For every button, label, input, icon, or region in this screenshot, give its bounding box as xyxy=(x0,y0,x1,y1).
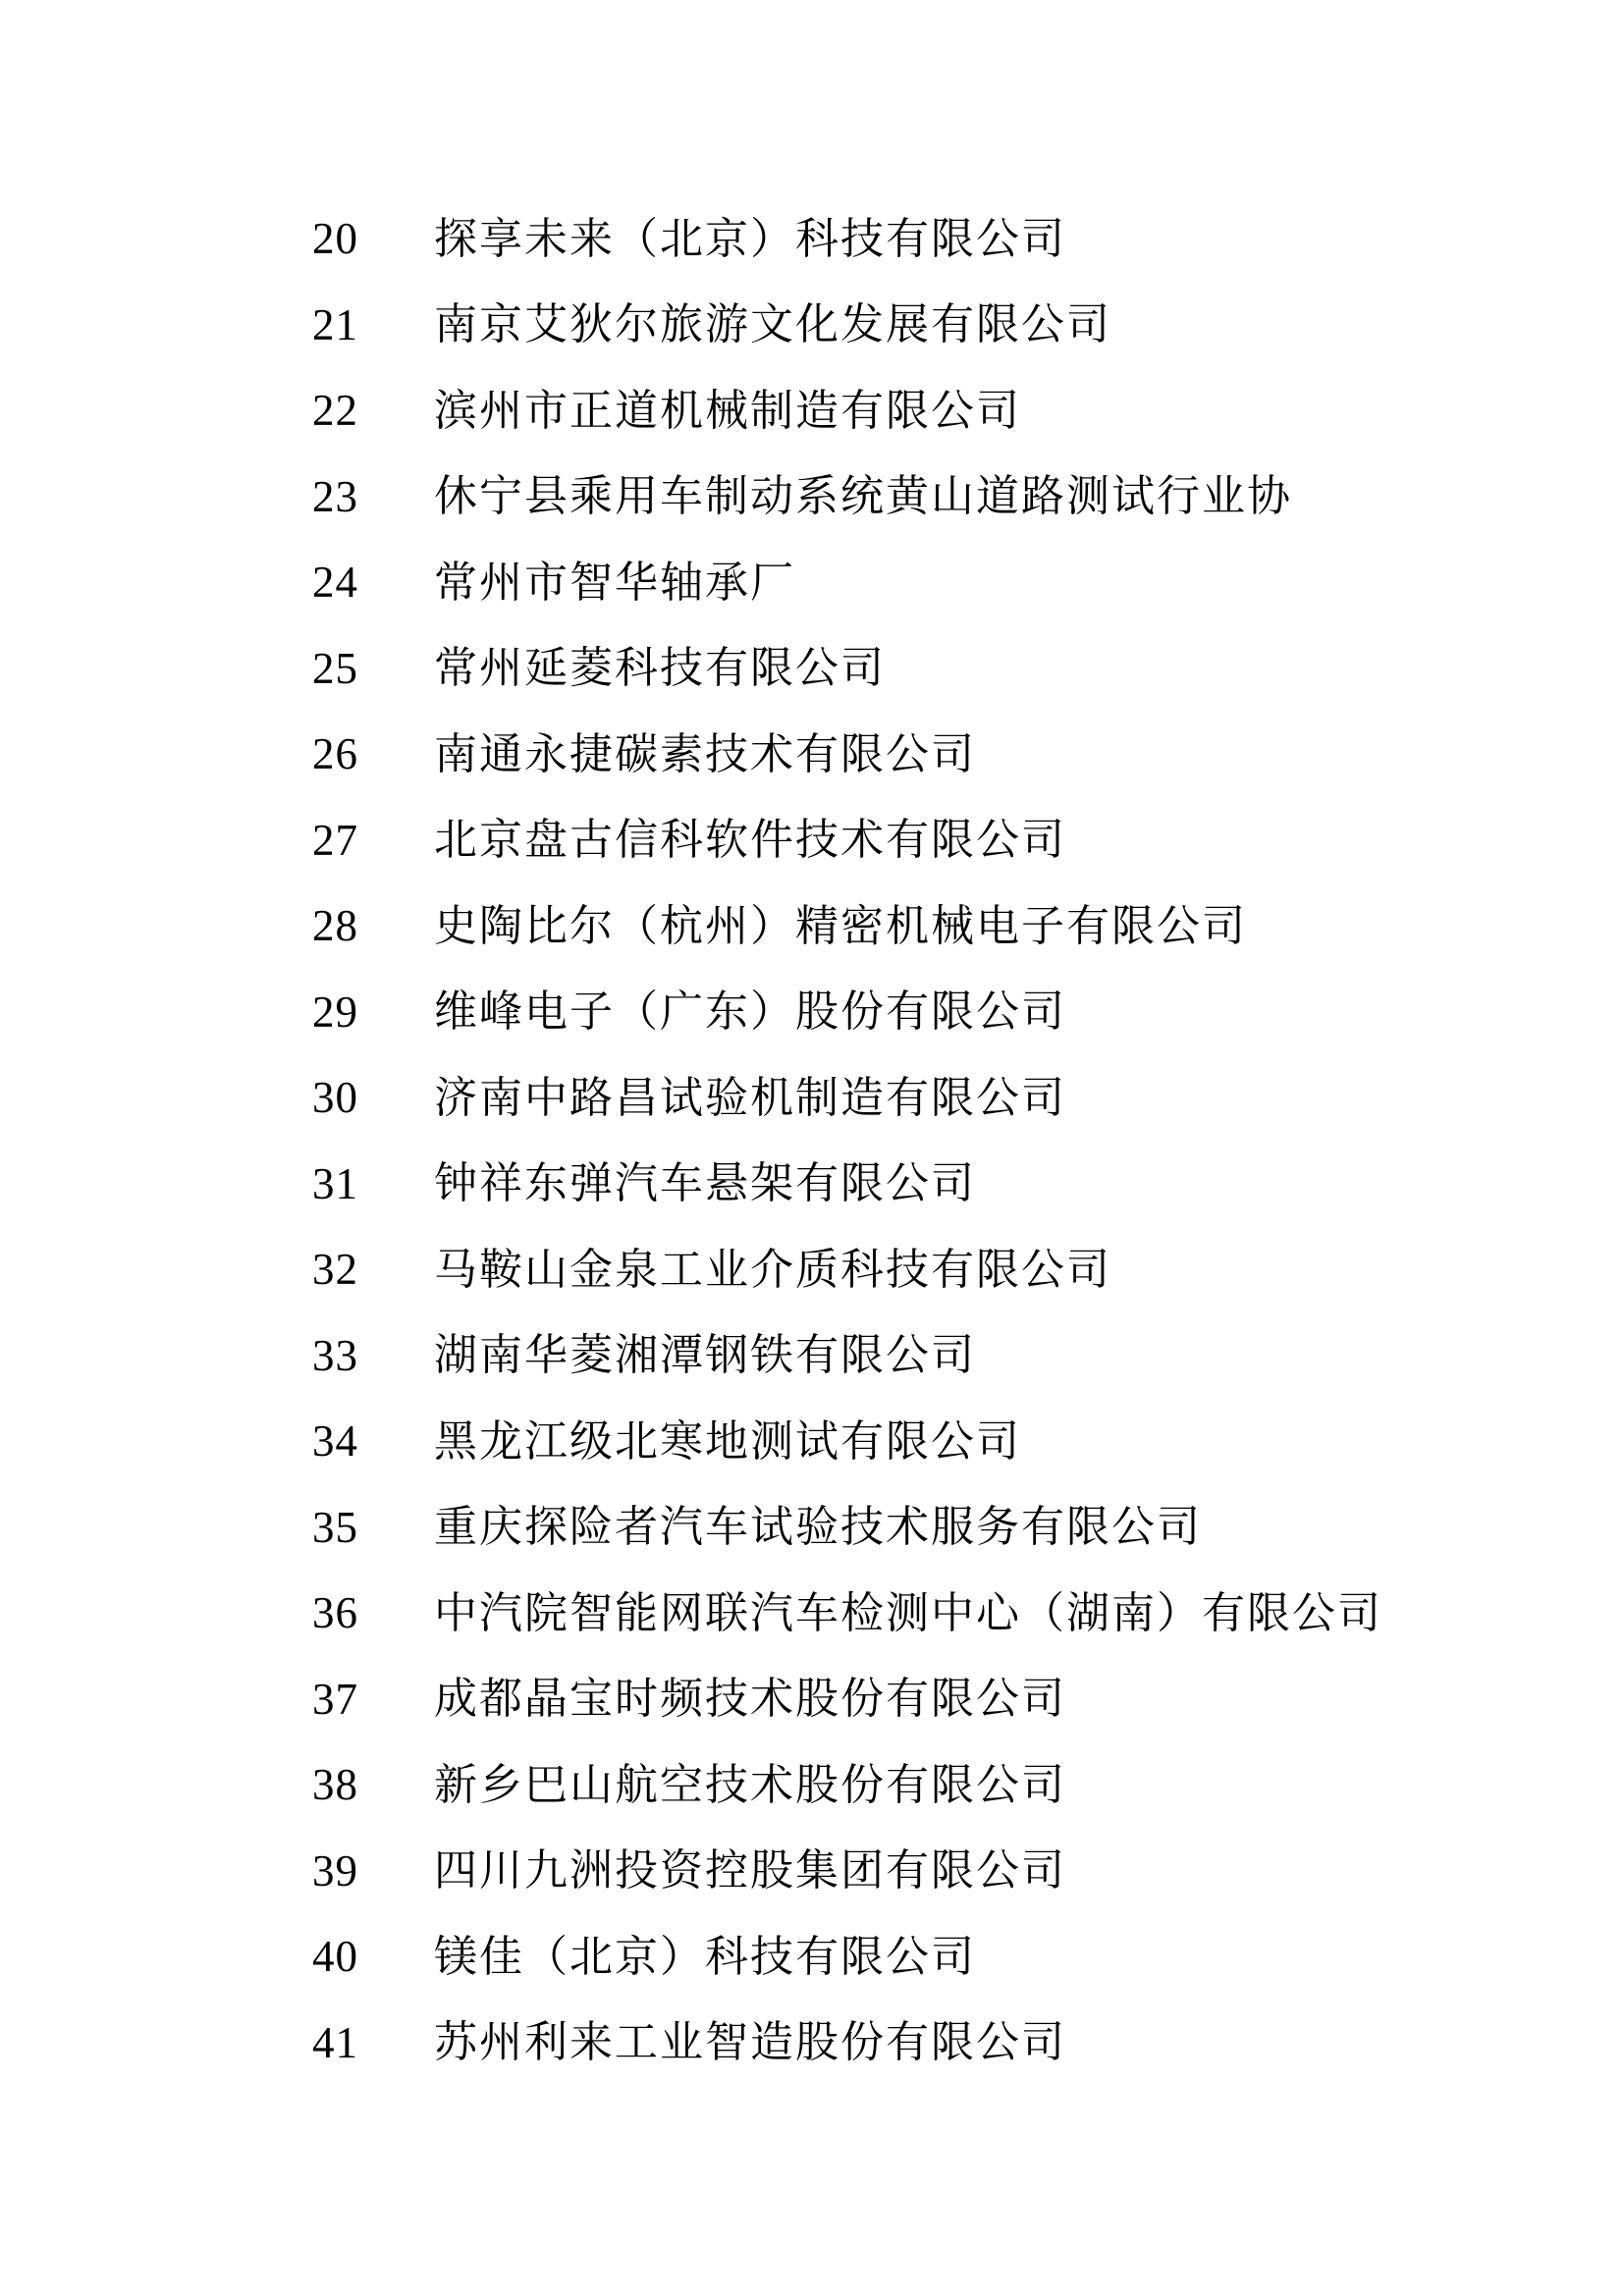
row-number: 24 xyxy=(312,561,434,605)
company-name: 新乡巴山航空技术股份有限公司 xyxy=(434,1764,1066,1807)
row-number: 27 xyxy=(312,819,434,863)
company-name: 滨州市正道机械制造有限公司 xyxy=(434,390,1021,433)
list-row: 23 休宁县乘用车制动系统黄山道路测试行业协 xyxy=(0,454,1624,541)
company-name: 探享未来（北京）科技有限公司 xyxy=(434,218,1066,261)
company-name: 常州市智华轴承厂 xyxy=(434,561,795,605)
row-number: 31 xyxy=(312,1162,434,1206)
list-row: 27 北京盘古信科软件技术有限公司 xyxy=(0,798,1624,884)
row-number: 23 xyxy=(312,475,434,519)
row-number: 34 xyxy=(312,1419,434,1464)
list-row: 36 中汽院智能网联汽车检测中心（湖南）有限公司 xyxy=(0,1571,1624,1657)
company-name: 成都晶宝时频技术股份有限公司 xyxy=(434,1678,1066,1721)
list-row: 22 滨州市正道机械制造有限公司 xyxy=(0,368,1624,454)
company-list: 20 探享未来（北京）科技有限公司 21 南京艾狄尔旅游文化发展有限公司 22 … xyxy=(0,196,1624,2086)
company-name: 维峰电子（广东）股份有限公司 xyxy=(434,990,1066,1034)
row-number: 36 xyxy=(312,1591,434,1635)
row-number: 21 xyxy=(312,303,434,347)
company-name: 北京盘古信科软件技术有限公司 xyxy=(434,819,1066,862)
list-row: 31 钟祥东弹汽车悬架有限公司 xyxy=(0,1142,1624,1228)
company-name: 重庆探险者汽车试验技术服务有限公司 xyxy=(434,1506,1202,1549)
list-row: 29 维峰电子（广东）股份有限公司 xyxy=(0,970,1624,1056)
row-number: 28 xyxy=(312,904,434,948)
row-number: 38 xyxy=(312,1763,434,1807)
list-row: 32 马鞍山金泉工业介质科技有限公司 xyxy=(0,1227,1624,1313)
company-name: 苏州利来工业智造股份有限公司 xyxy=(434,2021,1066,2064)
row-number: 30 xyxy=(312,1076,434,1120)
company-name: 湖南华菱湘潭钢铁有限公司 xyxy=(434,1334,976,1377)
list-row: 28 史陶比尔（杭州）精密机械电子有限公司 xyxy=(0,883,1624,970)
list-row: 24 常州市智华轴承厂 xyxy=(0,540,1624,626)
company-name: 济南中路昌试验机制造有限公司 xyxy=(434,1077,1066,1120)
company-name: 黑龙江级北寒地测试有限公司 xyxy=(434,1420,1021,1464)
list-row: 38 新乡巴山航空技术股份有限公司 xyxy=(0,1742,1624,1829)
row-number: 26 xyxy=(312,732,434,776)
company-name: 钟祥东弹汽车悬架有限公司 xyxy=(434,1162,976,1205)
row-number: 39 xyxy=(312,1849,434,1894)
company-name: 休宁县乘用车制动系统黄山道路测试行业协 xyxy=(434,475,1292,518)
list-row: 41 苏州利来工业智造股份有限公司 xyxy=(0,2001,1624,2087)
row-number: 20 xyxy=(312,217,434,261)
row-number: 37 xyxy=(312,1678,434,1722)
document-page: 20 探享未来（北京）科技有限公司 21 南京艾狄尔旅游文化发展有限公司 22 … xyxy=(0,0,1624,2296)
list-row: 30 济南中路昌试验机制造有限公司 xyxy=(0,1055,1624,1142)
company-name: 常州延菱科技有限公司 xyxy=(434,647,886,690)
company-name: 史陶比尔（杭州）精密机械电子有限公司 xyxy=(434,905,1247,948)
list-row: 25 常州延菱科技有限公司 xyxy=(0,626,1624,713)
row-number: 32 xyxy=(312,1248,434,1292)
company-name: 马鞍山金泉工业介质科技有限公司 xyxy=(434,1249,1111,1292)
list-row: 39 四川九洲投资控股集团有限公司 xyxy=(0,1829,1624,1915)
list-row: 35 重庆探险者汽车试验技术服务有限公司 xyxy=(0,1485,1624,1572)
company-name: 南通永捷碳素技术有限公司 xyxy=(434,733,976,776)
row-number: 29 xyxy=(312,990,434,1035)
row-number: 22 xyxy=(312,389,434,433)
company-name: 南京艾狄尔旅游文化发展有限公司 xyxy=(434,303,1111,347)
list-row: 21 南京艾狄尔旅游文化发展有限公司 xyxy=(0,283,1624,369)
company-name: 中汽院智能网联汽车检测中心（湖南）有限公司 xyxy=(434,1592,1382,1635)
company-name: 四川九洲投资控股集团有限公司 xyxy=(434,1849,1066,1893)
company-name: 镁佳（北京）科技有限公司 xyxy=(434,1936,976,1979)
list-row: 37 成都晶宝时频技术股份有限公司 xyxy=(0,1657,1624,1743)
row-number: 25 xyxy=(312,647,434,691)
row-number: 35 xyxy=(312,1506,434,1550)
list-row: 33 湖南华菱湘潭钢铁有限公司 xyxy=(0,1313,1624,1400)
list-row: 34 黑龙江级北寒地测试有限公司 xyxy=(0,1399,1624,1485)
list-row: 20 探享未来（北京）科技有限公司 xyxy=(0,196,1624,283)
row-number: 41 xyxy=(312,2021,434,2065)
list-row: 26 南通永捷碳素技术有限公司 xyxy=(0,712,1624,798)
row-number: 40 xyxy=(312,1935,434,1979)
list-row: 40 镁佳（北京）科技有限公司 xyxy=(0,1914,1624,2001)
row-number: 33 xyxy=(312,1334,434,1378)
